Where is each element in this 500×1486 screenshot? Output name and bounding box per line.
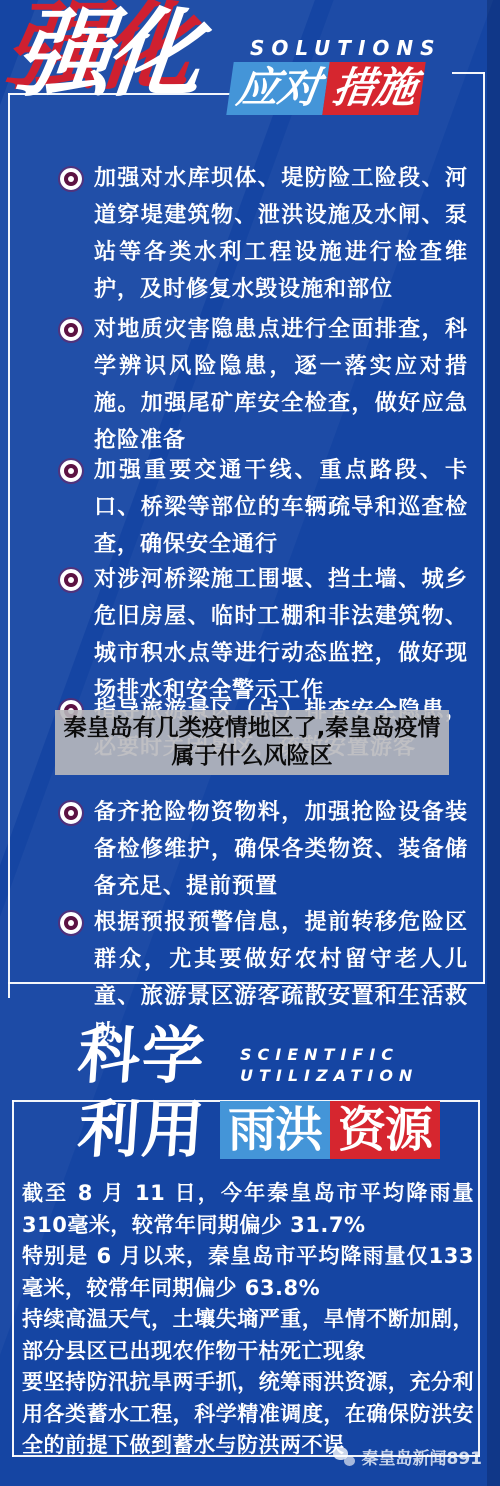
section1-subtitle-red-tag: 措施 [322,62,425,115]
frame2-left-line [12,1100,14,1457]
bullet-dot-icon [60,912,82,934]
stats-paragraphs: 截至 8 月 11 日，今年秦皇岛市平均降雨量310毫米，较常年同期偏少 31.… [22,1178,474,1462]
watermark-label: 秦皇岛新闻891 [362,1444,483,1469]
section2-title-en: SCIENTIFIC UTILIZATION [240,1044,418,1086]
watermark: 秦皇岛新闻891 [333,1444,483,1469]
bullet-dot-icon [60,802,82,824]
section2-subtitle-red-tag: 资源 [330,1101,440,1159]
bullet-dot-icon [60,460,82,482]
section1-subtitle-row: 应对 措施 [226,62,425,115]
frame1-right-line [483,72,485,984]
bullet-item: 对涉河桥梁施工围堰、挡土墙、城乡危旧房屋、临时工棚和非法建筑物、城市积水点等进行… [60,561,468,709]
poster-background: 强化 SOLUTIONS 应对 措施 加强对水库坝体、堤防险工险段、河道穿堤建筑… [0,0,500,1486]
section2-title-en-line1: SCIENTIFIC [240,1044,418,1065]
frame1-left-line [8,93,10,998]
bullet-dot-icon [60,569,82,591]
bullet-text: 备齐抢险物资物料，加强抢险设备装备检修维护，确保各类物资、装备储备充足、提前预置 [94,794,468,905]
frame2-right-line [478,1100,480,1457]
section2-subtitle-white: 利用 [76,1100,208,1160]
section1-title-cn: 强化 [10,2,201,108]
wechat-icon [333,1447,357,1466]
bullet-item: 加强重要交通干线、重点路段、卡口、桥梁等部位的车辆疏导和巡查检查，确保安全通行 [60,452,468,563]
caption-overlay-line2: 属于什么风险区 [57,742,447,770]
stats-paragraph: 截至 8 月 11 日，今年秦皇岛市平均降雨量310毫米，较常年同期偏少 31.… [22,1178,474,1241]
bullet-item: 对地质灾害隐患点进行全面排查，科学辨识风险隐患，逐一落实应对措施。加强尾矿库安全… [60,311,468,459]
stats-paragraph: 特别是 6 月以来，秦皇岛市平均降雨量仅133毫米，较常年同期偏少 63.8% [22,1241,474,1304]
bullet-dot-icon [60,319,82,341]
section2-title-en-line2: UTILIZATION [240,1065,418,1086]
bullet-text: 对涉河桥梁施工围堰、挡土墙、城乡危旧房屋、临时工棚和非法建筑物、城市积水点等进行… [94,561,468,709]
right-edge-shade [487,0,500,1486]
section2-subtitle-blue-tag: 雨洪 [220,1101,330,1159]
bullet-dot-icon [60,168,82,190]
bullet-item: 备齐抢险物资物料，加强抢险设备装备检修维护，确保各类物资、装备储备充足、提前预置 [60,794,468,905]
bullet-text: 加强对水库坝体、堤防险工险段、河道穿堤建筑物、泄洪设施及水闸、泵站等各类水利工程… [94,160,468,308]
caption-overlay: 秦皇岛有几类疫情地区了,秦皇岛疫情 属于什么风险区 [55,710,449,775]
section1-subtitle-blue-tag: 应对 [226,62,329,115]
stats-paragraph: 持续高温天气，土壤失墒严重，旱情不断加剧，部分县区已出现农作物干枯死亡现象 [22,1304,474,1367]
bullet-text: 对地质灾害隐患点进行全面排查，科学辨识风险隐患，逐一落实应对措施。加强尾矿库安全… [94,311,468,459]
section2-subtitle-row: 利用 雨洪 资源 [78,1100,440,1160]
section1-title-en: SOLUTIONS [250,36,442,60]
caption-overlay-line1: 秦皇岛有几类疫情地区了,秦皇岛疫情 [57,714,447,742]
frame1-corner-line [452,72,485,74]
section2-title-cn: 科学 [76,1022,209,1090]
bullet-item: 加强对水库坝体、堤防险工险段、河道穿堤建筑物、泄洪设施及水闸、泵站等各类水利工程… [60,160,468,308]
bullet-text: 加强重要交通干线、重点路段、卡口、桥梁等部位的车辆疏导和巡查检查，确保安全通行 [94,452,468,563]
